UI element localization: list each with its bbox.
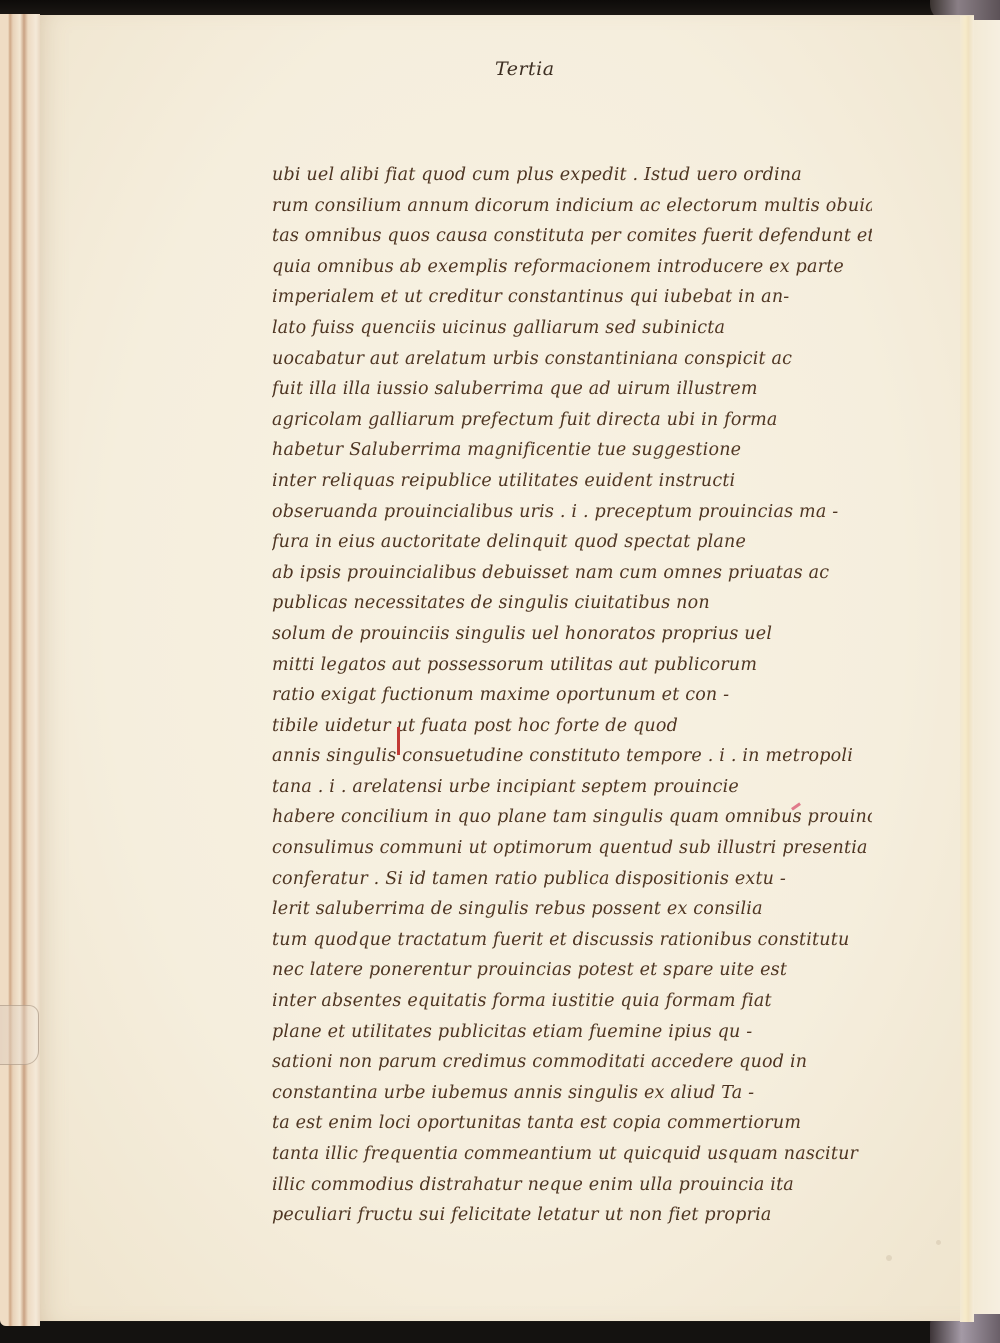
- text-line: tum quodque tractatum fuerit et discussi…: [272, 925, 872, 956]
- scan-background-bottom: [0, 1322, 1000, 1343]
- text-line: conferatur . Si id tamen ratio publica d…: [272, 864, 872, 895]
- stain-spot: [936, 1240, 941, 1245]
- text-line: publicas necessitates de singulis ciuita…: [272, 588, 872, 619]
- text-line: agricolam galliarum prefectum fuit direc…: [272, 405, 872, 436]
- text-line: ubi uel alibi fiat quod cum plus expedit…: [272, 160, 872, 191]
- text-line: imperialem et ut creditur constantinus q…: [272, 282, 872, 313]
- text-line: ab ipsis prouincialibus debuisset nam cu…: [272, 558, 872, 589]
- text-line: ta est enim loci oportunitas tanta est c…: [272, 1108, 872, 1139]
- text-line: rum consilium annum dicorum indicium ac …: [272, 191, 872, 222]
- text-line: tibile uidetur ut fuata post hoc forte d…: [272, 711, 872, 742]
- text-line: plane et utilitates publicitas etiam fue…: [272, 1017, 872, 1048]
- text-line: fura in eius auctoritate delinquit quod …: [272, 527, 872, 558]
- page-edges-stack: [0, 14, 40, 1326]
- text-line: inter reliquas reipublice utilitates eui…: [272, 466, 872, 497]
- text-line: quia omnibus ab exemplis reformacionem i…: [272, 252, 872, 283]
- text-line: solum de prouinciis singulis uel honorat…: [272, 619, 872, 650]
- text-line: sationi non parum credimus commoditati a…: [272, 1047, 872, 1078]
- text-line: habere concilium in quo plane tam singul…: [272, 802, 872, 833]
- text-line: ratio exigat fuctionum maxime oportunum …: [272, 680, 872, 711]
- text-line: nec latere ponerentur prouincias potest …: [272, 955, 872, 986]
- text-line: uocabatur aut arelatum urbis constantini…: [272, 344, 872, 375]
- text-line: tana . i . arelatensi urbe incipiant sep…: [272, 772, 872, 803]
- text-line: consulimus communi ut optimorum quentud …: [272, 833, 872, 864]
- text-line: lerit saluberrima de singulis rebus poss…: [272, 894, 872, 925]
- text-line: constantina urbe iubemus annis singulis …: [272, 1078, 872, 1109]
- running-head: Tertia: [495, 58, 555, 80]
- text-line: tanta illic frequentia commeantium ut qu…: [272, 1139, 872, 1170]
- stain-spot: [886, 1255, 892, 1261]
- main-text-block: ubi uel alibi fiat quod cum plus expedit…: [272, 160, 872, 1231]
- next-leaf-edge: [974, 20, 1000, 1314]
- text-line: tas omnibus quos causa constituta per co…: [272, 221, 872, 252]
- text-line: inter absentes equitatis forma iustitie …: [272, 986, 872, 1017]
- text-line: illic commodius distrahatur neque enim u…: [272, 1170, 872, 1201]
- text-line: lato fuiss quenciis uicinus galliarum se…: [272, 313, 872, 344]
- rubric-paragraph-mark: [397, 727, 400, 755]
- text-line: annis singulis consuetudine constituto t…: [272, 741, 872, 772]
- gutter-fold: [960, 16, 974, 1322]
- text-line: obseruanda prouincialibus uris . i . pre…: [272, 497, 872, 528]
- text-line: habetur Saluberrima magnificentie tue su…: [272, 435, 872, 466]
- manuscript-scan: Tertia ubi uel alibi fiat quod cum plus …: [0, 0, 1000, 1343]
- clasp-tab: [0, 1005, 39, 1065]
- text-line: peculiari fructu sui felicitate letatur …: [272, 1200, 872, 1231]
- text-line: mitti legatos aut possessorum utilitas a…: [272, 650, 872, 681]
- scan-background-top: [0, 0, 1000, 16]
- text-line: fuit illa illa iussio saluberrima que ad…: [272, 374, 872, 405]
